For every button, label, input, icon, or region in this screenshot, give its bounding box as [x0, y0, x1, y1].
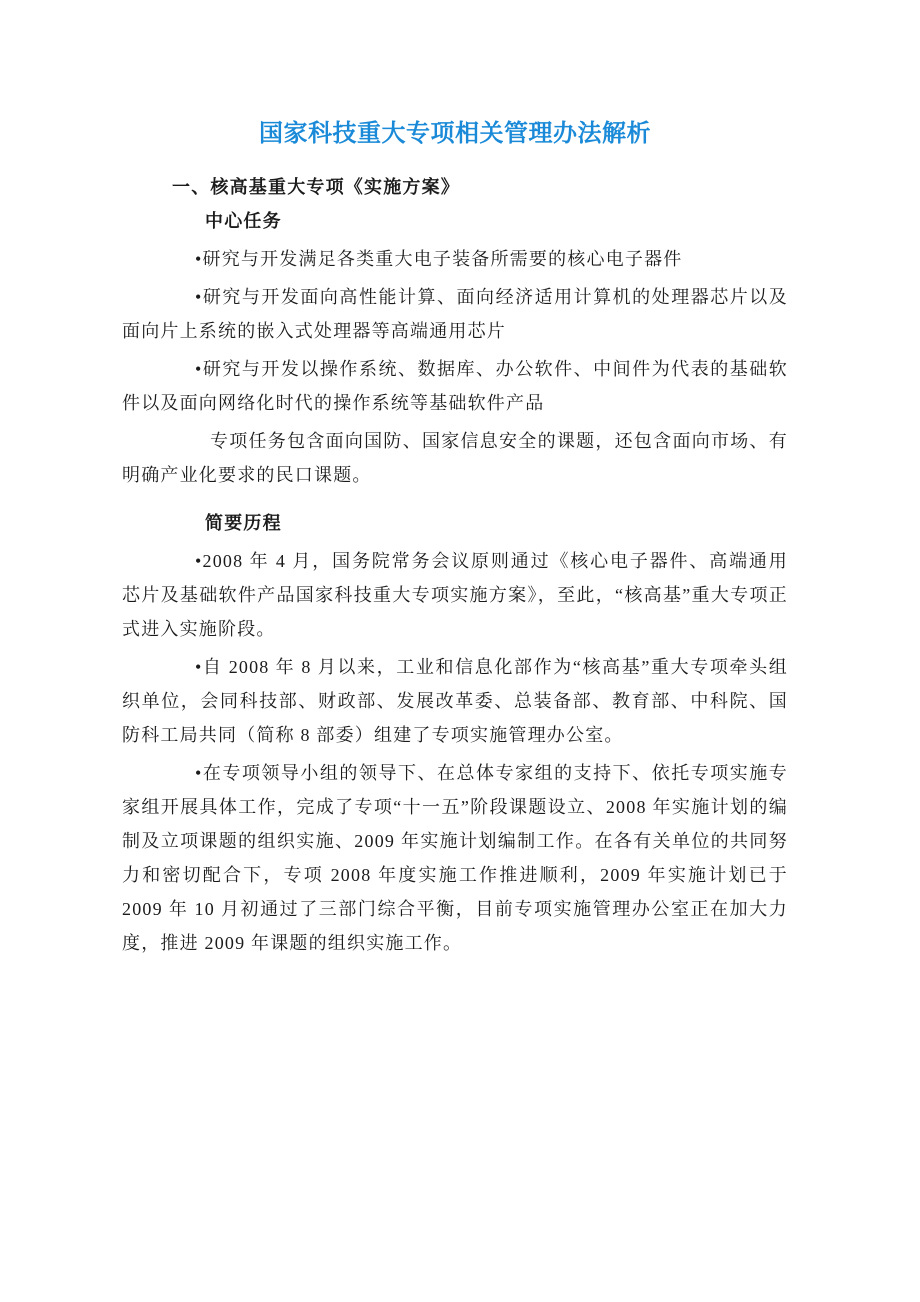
bullet-paragraph-6: •在专项领导小组的领导下、在总体专家组的支持下、依托专项实施专家组开展具体工作，… [122, 756, 788, 960]
document-title: 国家科技重大专项相关管理办法解析 [122, 116, 788, 152]
bullet-paragraph-4: •2008 年 4 月，国务院常务会议原则通过《核心电子器件、高端通用芯片及基础… [122, 544, 788, 646]
bullet-paragraph-2: •研究与开发面向高性能计算、面向经济适用计算机的处理器芯片以及面向片上系统的嵌入… [122, 280, 788, 348]
bullet-paragraph-5: •自 2008 年 8 月以来，工业和信息化部作为“核高基”重大专项牵头组织单位… [122, 650, 788, 752]
subheading-core-tasks: 中心任务 [122, 204, 788, 238]
section-heading: 一、核高基重大专项《实施方案》 [122, 170, 788, 204]
body-paragraph-tasks-summary: 专项任务包含面向国防、国家信息安全的课题，还包含面向市场、有明确产业化要求的民口… [122, 424, 788, 492]
bullet-paragraph-1: •研究与开发满足各类重大电子装备所需要的核心电子器件 [122, 242, 788, 276]
document-page: 国家科技重大专项相关管理办法解析 一、核高基重大专项《实施方案》 中心任务 •研… [0, 0, 920, 1302]
bullet-paragraph-3: •研究与开发以操作系统、数据库、办公软件、中间件为代表的基础软件以及面向网络化时… [122, 352, 788, 420]
subheading-brief-history: 简要历程 [122, 506, 788, 540]
